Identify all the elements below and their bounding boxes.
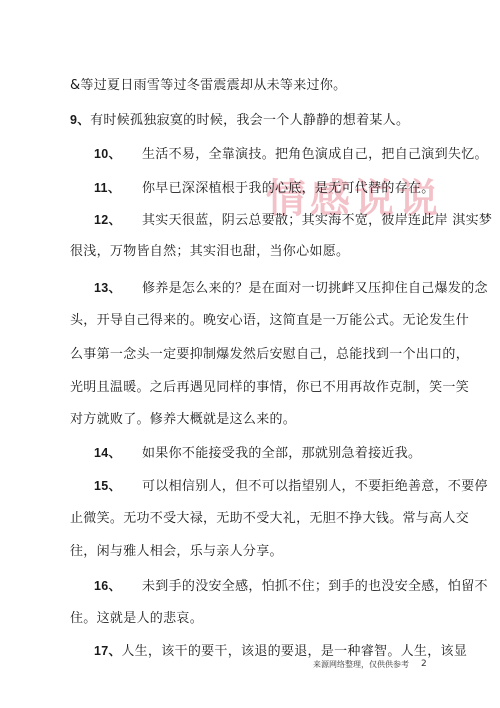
text-line: 14、如果你不能接受我的全部，那就别急着接近我。 bbox=[94, 445, 421, 462]
text-line: 很浅，万物皆自然；其实泪也甜，当你心如愿。 bbox=[70, 244, 349, 260]
text-line: 11、你早已深深植根于我的心底，是无可代替的存在。 bbox=[94, 180, 435, 197]
item-number: 15、 bbox=[94, 478, 142, 494]
text-line: 12、其实天很蓝，阴云总要散；其实海不宽，彼岸连此岸 淇实梦 bbox=[94, 212, 492, 229]
item-number: 9、 bbox=[70, 112, 90, 128]
text-line: 9、有时候孤独寂寞的时候，我会一个人静静的想着某人。 bbox=[70, 112, 409, 129]
text-line: 17、人生，该干的要干，该退的要退，是一种睿智。人生，该显 bbox=[94, 643, 467, 660]
item-number: 16、 bbox=[94, 578, 142, 594]
text-line: &等过夏日雨雪等过冬雷震震却从未等来过你。 bbox=[70, 78, 346, 94]
text-line: 16、未到手的没安全感，怕抓不住；到手的也没安全感，怕留不 bbox=[94, 578, 488, 595]
text-line: 10、生活不易，全靠演技。把角色演成自己，把自己演到失忆。 bbox=[94, 146, 488, 163]
line-text: 住。这就是人的悲哀。 bbox=[70, 611, 203, 626]
text-line: 15、可以相信别人，但不可以指望别人，不要拒绝善意，不要停 bbox=[94, 478, 488, 495]
line-text: 很浅，万物皆自然；其实泪也甜，当你心如愿。 bbox=[70, 244, 349, 259]
text-line: 13、修养是怎么来的？是在面对一切挑衅又压抑住自己爆发的念 bbox=[94, 280, 488, 297]
line-text: 光明且温暖。之后再遇见同样的事情，你已不用再故作克制，笑一笑 bbox=[70, 380, 469, 395]
line-text: 人生，该干的要干，该退的要退，是一种睿智。人生，该显 bbox=[121, 644, 467, 659]
text-line: 住。这就是人的悲哀。 bbox=[70, 611, 203, 627]
item-number: 11、 bbox=[94, 180, 142, 196]
document-page: 情感说说 &等过夏日雨雪等过冬雷震震却从未等来过你。 9、有时候孤独寂寞的时候，… bbox=[0, 0, 500, 708]
text-line: 光明且温暖。之后再遇见同样的事情，你已不用再故作克制，笑一笑 bbox=[70, 380, 469, 396]
line-text: 往，闲与雅人相会，乐与亲人分享。 bbox=[70, 544, 283, 559]
item-number: 12、 bbox=[94, 212, 142, 228]
line-text: 可以相信别人，但不可以指望别人，不要拒绝善意，不要停 bbox=[142, 479, 488, 494]
line-text: 如果你不能接受我的全部，那就别急着接近我。 bbox=[142, 446, 421, 461]
page-number: 2 bbox=[421, 659, 427, 669]
line-text: 未到手的没安全感，怕抓不住；到手的也没安全感，怕留不 bbox=[142, 579, 488, 594]
line-text: 止微笑。无功不受大禄，无助不受大礼，无胆不挣大钱。常与高人交 bbox=[70, 511, 469, 526]
line-text: &等过夏日雨雪等过冬雷震震却从未等来过你。 bbox=[70, 78, 346, 93]
text-line: 么事第一念头一定要抑制爆发然后安慰自己，总能找到一个出口的， bbox=[70, 347, 469, 363]
line-text: 你早已深深植根于我的心底，是无可代替的存在。 bbox=[142, 181, 435, 196]
line-text: 修养是怎么来的？是在面对一切挑衅又压抑住自己爆发的念 bbox=[142, 281, 488, 296]
text-line: 头，开导自己得来的。晚安心语，这简直是一万能公式。无论发生什 bbox=[70, 313, 469, 329]
line-text: 么事第一念头一定要抑制爆发然后安慰自己，总能找到一个出口的， bbox=[70, 347, 469, 362]
item-number: 13、 bbox=[94, 280, 142, 296]
item-number: 17、 bbox=[94, 643, 121, 659]
line-text: 头，开导自己得来的。晚安心语，这简直是一万能公式。无论发生什 bbox=[70, 313, 469, 328]
text-line: 对方就败了。修养大概就是这么来的。 bbox=[70, 412, 296, 428]
item-number: 14、 bbox=[94, 445, 142, 461]
line-text: 对方就败了。修养大概就是这么来的。 bbox=[70, 412, 296, 427]
line-text: 有时候孤独寂寞的时候，我会一个人静静的想着某人。 bbox=[90, 113, 409, 128]
line-text: 其实天很蓝，阴云总要散；其实海不宽，彼岸连此岸 淇实梦 bbox=[142, 213, 492, 228]
text-line: 止微笑。无功不受大禄，无助不受大礼，无胆不挣大钱。常与高人交 bbox=[70, 511, 469, 527]
text-line: 往，闲与雅人相会，乐与亲人分享。 bbox=[70, 544, 283, 560]
footer-source-note: 来源网络整理，仅供供参考 bbox=[313, 659, 409, 670]
line-text: 生活不易，全靠演技。把角色演成自己，把自己演到失忆。 bbox=[142, 147, 488, 162]
item-number: 10、 bbox=[94, 146, 142, 162]
